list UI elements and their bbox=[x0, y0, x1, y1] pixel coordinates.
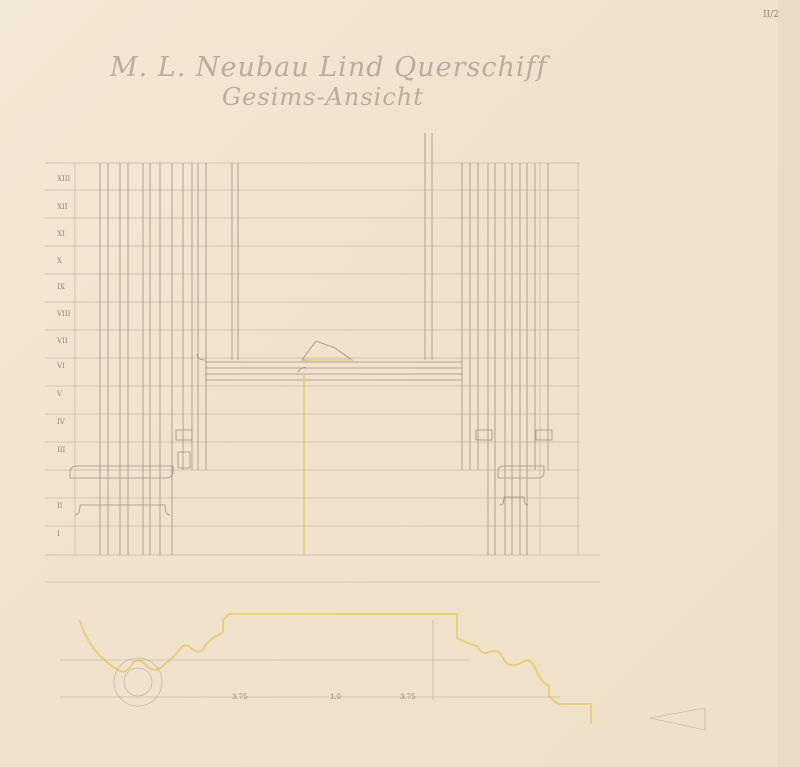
scale-label: VIII bbox=[57, 310, 70, 318]
left-pier-group bbox=[70, 163, 238, 555]
scale-label: XIII bbox=[57, 175, 70, 183]
scale-label: III bbox=[57, 446, 65, 454]
scale-label: XI bbox=[57, 230, 65, 238]
cornice-section-profile bbox=[80, 614, 591, 724]
dimension-label: 3.75 bbox=[232, 693, 248, 701]
scale-label: VII bbox=[57, 337, 68, 345]
scale-label: I bbox=[57, 530, 60, 538]
scale-label: II bbox=[57, 502, 63, 510]
scale-label: VI bbox=[57, 362, 65, 370]
elevation-drawing bbox=[0, 0, 800, 767]
dimension-label: 1.0 bbox=[330, 693, 341, 701]
scale-label: IX bbox=[57, 283, 65, 291]
section-construction-lines bbox=[60, 620, 705, 730]
scale-label: V bbox=[57, 390, 62, 398]
dimension-label: 3.75 bbox=[400, 693, 416, 701]
right-pier-group bbox=[425, 133, 552, 555]
scale-label: X bbox=[57, 257, 62, 265]
scale-label: XII bbox=[57, 203, 68, 211]
scale-label: IV bbox=[57, 418, 65, 426]
